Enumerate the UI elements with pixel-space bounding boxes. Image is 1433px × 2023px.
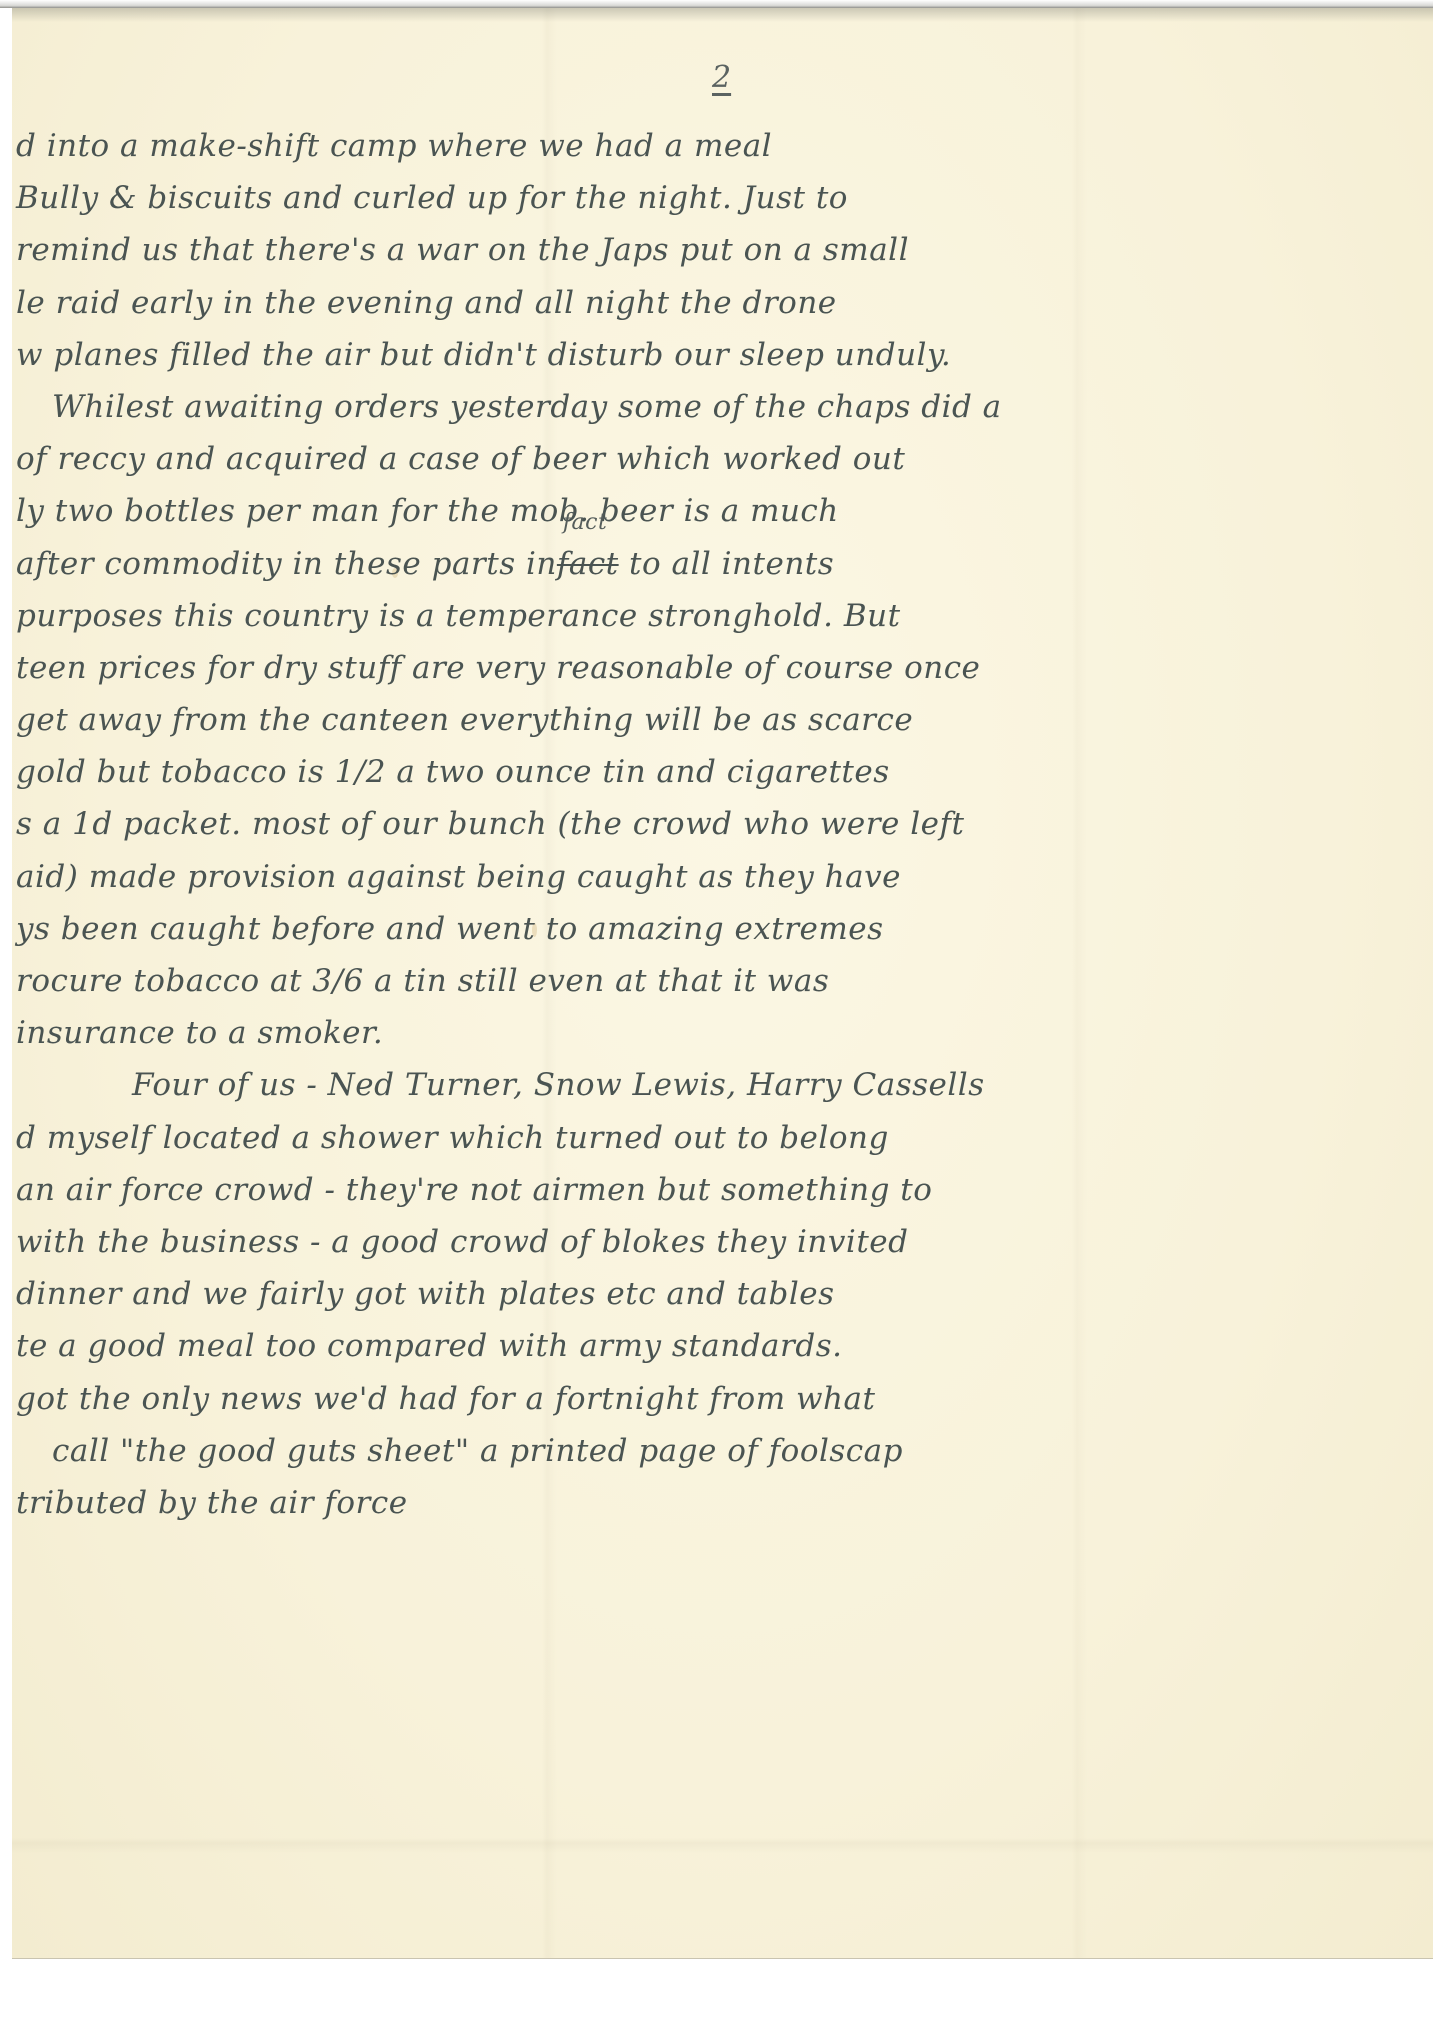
letter-line-continuation: to all intents: [619, 546, 835, 582]
scan-top-edge: [0, 0, 1433, 8]
letter-line-text: after commodity in these parts in: [16, 546, 557, 582]
letter-line: dinner and we fairly got with plates etc…: [12, 1268, 1422, 1320]
letter-line: te a good meal too compared with army st…: [12, 1320, 1422, 1372]
letter-line: get away from the canteen everything wil…: [12, 694, 1422, 746]
letter-line: tributed by the air force: [12, 1477, 1422, 1529]
letter-line: ys been caught before and went to amazin…: [12, 903, 1422, 955]
letter-line: d into a make-shift camp where we had a …: [12, 120, 1422, 172]
inserted-word: fact: [563, 512, 607, 534]
paper-top-shadow: [12, 8, 1433, 22]
letter-line: insurance to a smoker.: [12, 1007, 1422, 1059]
letter-line: rocure tobacco at 3/6 a tin still even a…: [12, 955, 1422, 1007]
letter-page: 2 d into a make-shift camp where we had …: [12, 8, 1433, 1958]
letter-line: s a 1d packet. most of our bunch (the cr…: [12, 798, 1422, 850]
letter-line: remind us that there's a war on the Japs…: [12, 224, 1422, 276]
letter-line: le raid early in the evening and all nig…: [12, 277, 1422, 329]
letter-line: purposes this country is a temperance st…: [12, 590, 1422, 642]
letter-line-with-correction: after commodity in these parts infactfac…: [12, 538, 1422, 590]
letter-line: got the only news we'd had for a fortnig…: [12, 1373, 1422, 1425]
page-number: 2: [712, 60, 731, 95]
struck-word: fact: [557, 546, 619, 582]
letter-line: teen prices for dry stuff are very reaso…: [12, 642, 1422, 694]
letter-line: w planes filled the air but didn't distu…: [12, 329, 1422, 381]
letter-line: of reccy and acquired a case of beer whi…: [12, 433, 1422, 485]
letter-line: d myself located a shower which turned o…: [12, 1112, 1422, 1164]
letter-line: ly two bottles per man for the mob. beer…: [12, 485, 1422, 537]
letter-line: call "the good guts sheet" a printed pag…: [12, 1425, 1422, 1477]
letter-line-paragraph-start: Four of us - Ned Turner, Snow Lewis, Har…: [12, 1059, 1422, 1111]
letter-line: aid) made provision against being caught…: [12, 851, 1422, 903]
letter-line: an air force crowd - they're not airmen …: [12, 1164, 1422, 1216]
letter-line: with the business - a good crowd of blok…: [12, 1216, 1422, 1268]
letter-line: Bully & biscuits and curled up for the n…: [12, 172, 1422, 224]
handwritten-correction: factfact: [557, 538, 619, 590]
letter-body: d into a make-shift camp where we had a …: [12, 120, 1422, 1529]
letter-line: gold but tobacco is 1/2 a two ounce tin …: [12, 746, 1422, 798]
letter-line: Whilest awaiting orders yesterday some o…: [12, 381, 1422, 433]
